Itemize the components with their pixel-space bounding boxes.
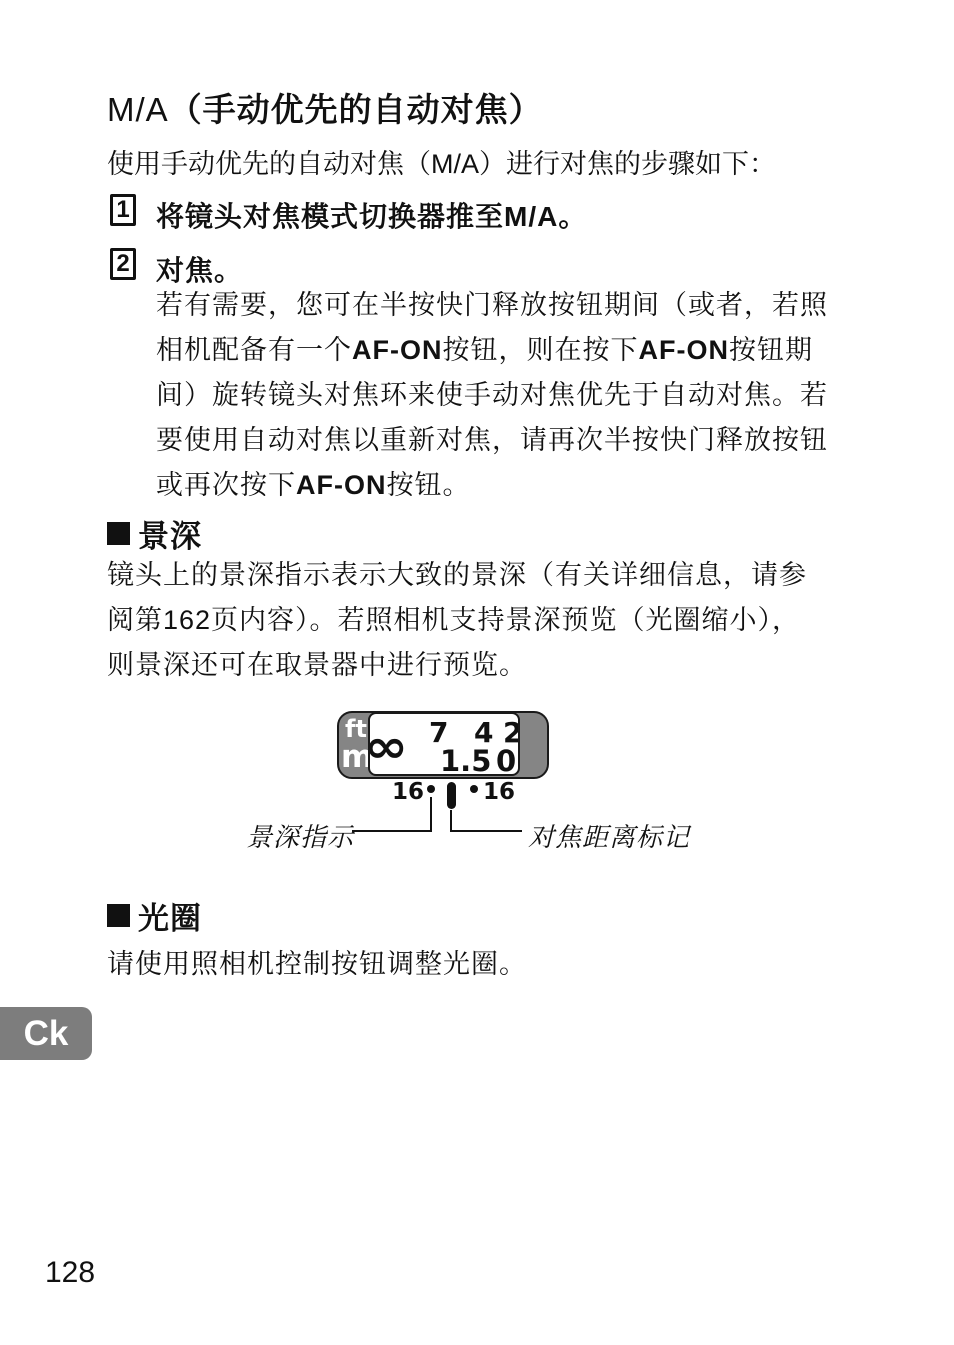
- title-cjk: （手动优先的自动对焦）: [169, 91, 543, 128]
- step-2-detail: 若有需要，您可在半按快门释放按钮期间（或者，若照 相机配备有一个AF-ON按钮，…: [156, 283, 828, 508]
- focus-distance-mark-label: 对焦距离标记: [528, 817, 690, 854]
- scale-ft-value: 7: [429, 719, 448, 747]
- leader-line: [450, 810, 452, 832]
- dof-dot-icon: [427, 785, 435, 793]
- focus-distance-marker-icon: [447, 782, 456, 809]
- scale-m-value: 1.5: [440, 747, 491, 776]
- leader-line: [352, 830, 432, 832]
- paragraph-line: 或再次按下AF-ON按钮。: [156, 463, 828, 508]
- page-number: 128: [45, 1256, 95, 1290]
- intro-text: 使用手动优先的自动对焦（M/A）进行对焦的步骤如下：: [107, 142, 776, 181]
- aperture-paragraph: 请使用照相机控制按钮调整光圈。: [107, 942, 527, 987]
- section-heading-text: 光圈: [138, 893, 202, 938]
- language-tab: Ck: [0, 1007, 92, 1060]
- paragraph-line: 镜头上的景深指示表示大致的景深（有关详细信息，请参: [107, 553, 807, 598]
- unit-ft-label: ft: [345, 717, 367, 741]
- paragraph-line: 要使用自动对焦以重新对焦，请再次半按快门释放按钮: [156, 418, 828, 463]
- leader-line: [430, 797, 432, 832]
- dof-scale-left-value: 16: [392, 781, 424, 804]
- step-1-label: 将镜头对焦模式切换器推至M/A。: [156, 195, 587, 235]
- dof-dot-icon: [470, 785, 478, 793]
- page-title: M/A（手动优先的自动对焦）: [107, 84, 543, 131]
- paragraph-line: 请使用照相机控制按钮调整光圈。: [107, 942, 527, 987]
- scale-m-value: 0.: [496, 747, 520, 776]
- step-number-box: 2: [110, 248, 136, 280]
- black-square-icon: [107, 522, 130, 545]
- section-heading-text: 景深: [138, 511, 202, 556]
- language-tab-label: Ck: [24, 1014, 69, 1054]
- title-latin: M/A: [107, 91, 169, 128]
- dof-paragraph: 镜头上的景深指示表示大致的景深（有关详细信息，请参 阅第162页内容）。若照相机…: [107, 553, 807, 688]
- paragraph-line: 若有需要，您可在半按快门释放按钮期间（或者，若照: [156, 283, 828, 328]
- section-heading-dof: 景深: [107, 511, 202, 556]
- scale-ft-value: 4: [474, 719, 493, 747]
- black-square-icon: [107, 904, 130, 927]
- step-number: 2: [116, 250, 129, 278]
- paragraph-line: 则景深还可在取景器中进行预览。: [107, 643, 807, 688]
- step-number-box: 1: [110, 194, 136, 226]
- dof-scale-right-value: 16: [483, 781, 515, 804]
- scale-ft-value: 2: [503, 719, 520, 747]
- manual-page: M/A（手动优先的自动对焦） 使用手动优先的自动对焦（M/A）进行对焦的步骤如下…: [0, 0, 954, 1345]
- infinity-icon: ∞: [368, 723, 408, 769]
- paragraph-line: 相机配备有一个AF-ON按钮，则在按下AF-ON按钮期: [156, 328, 828, 373]
- leader-line: [450, 830, 522, 832]
- paragraph-line: 间）旋转镜头对焦环来使手动对焦优先于自动对焦。若: [156, 373, 828, 418]
- paragraph-line: 阅第162页内容）。若照相机支持景深预览（光圈缩小），: [107, 598, 807, 643]
- distance-scale-window: 7 4 2 ∞ 1.5 0.: [368, 712, 520, 776]
- section-heading-aperture: 光圈: [107, 893, 202, 938]
- step-number: 1: [116, 196, 129, 224]
- dof-indicator-label: 景深指示: [246, 817, 354, 854]
